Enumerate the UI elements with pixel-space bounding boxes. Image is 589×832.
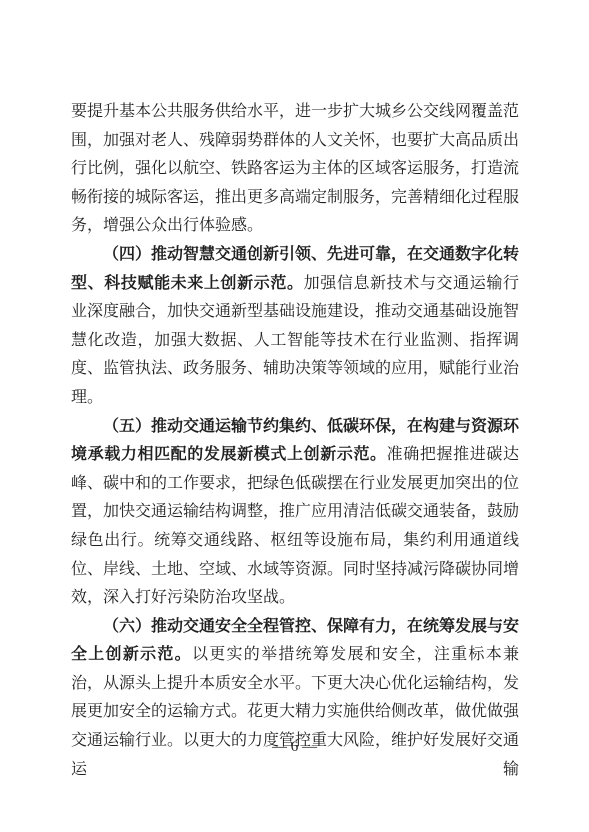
paragraph-section-4: （四）推动智慧交通创新引领、先进可靠，在交通数字化转型、科技赋能未来上创新示范。… — [71, 241, 519, 413]
section-4-body-text: 加强信息新技术与交通运输行业深度融合，加快交通新型基础设施建设，推动交通基础设施… — [71, 275, 519, 406]
section-5-body-text: 准确把握推进碳达峰、碳中和的工作要求，把绿色低碳摆在行业发展更加突出的位置，加快… — [71, 446, 519, 606]
paragraph-section-6: （六）推动交通安全全程管控、保障有力，在统筹发展与安全上创新示范。以更实的举措统… — [71, 613, 519, 785]
document-page: 要提升基本公共服务供给水平，进一步扩大城乡公交线网覆盖范围，加强对老人、残障弱势… — [0, 0, 589, 832]
section-6-body-text: 以更实的举措统筹发展和安全，注重标本兼治，从源头上提升本质安全水平。下更大决心优… — [71, 646, 519, 777]
paragraph-section-5: （五）推动交通运输节约集约、低碳环保，在构建与资源环境承载力相匹配的发展新模式上… — [71, 413, 519, 613]
text-block: 要提升基本公共服务供给水平，进一步扩大城乡公交线网覆盖范围，加强对老人、残障弱势… — [71, 98, 519, 784]
paragraph-body-text: 要提升基本公共服务供给水平，进一步扩大城乡公交线网覆盖范围，加强对老人、残障弱势… — [71, 103, 519, 234]
page-number: — 6 — — [0, 737, 589, 757]
paragraph-continuation: 要提升基本公共服务供给水平，进一步扩大城乡公交线网覆盖范围，加强对老人、残障弱势… — [71, 98, 519, 241]
